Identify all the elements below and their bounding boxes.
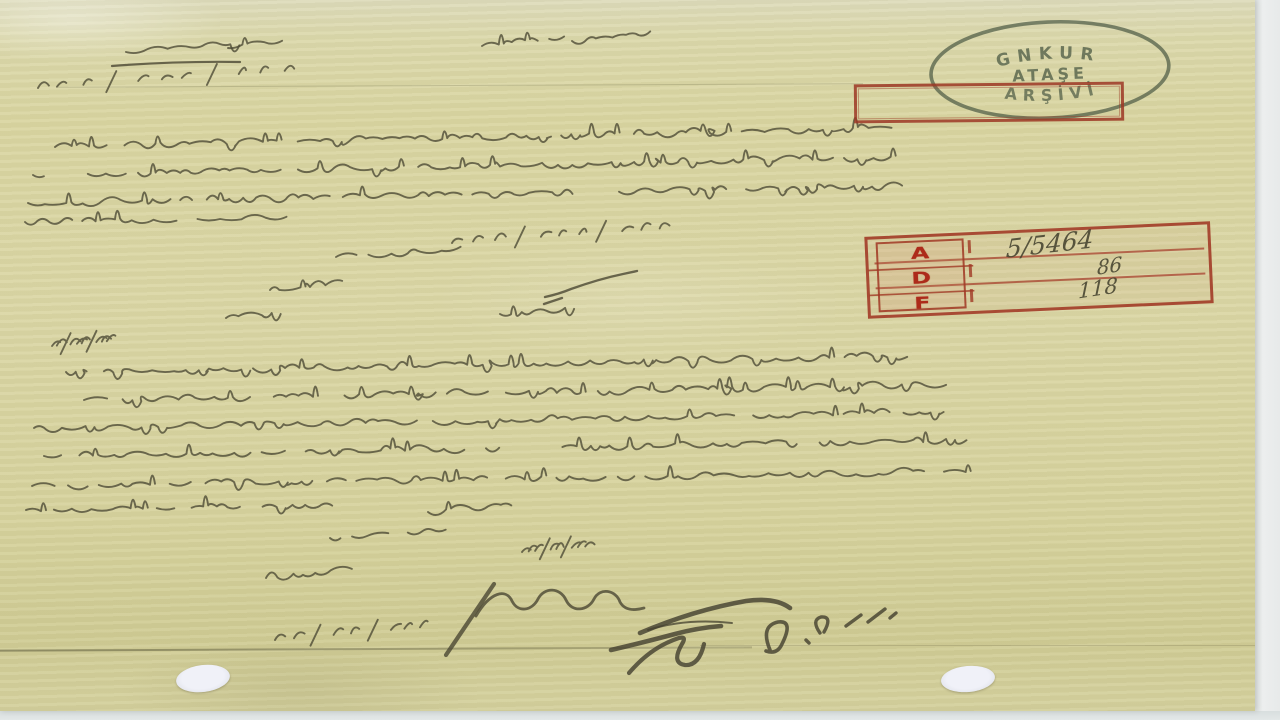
- registry-tick: [968, 240, 972, 253]
- handwriting-line-para2-line1: [66, 348, 907, 379]
- handwriting-line-mid-word: [336, 247, 461, 257]
- registry-tick: [969, 264, 973, 277]
- handwriting-line-closing-word: [330, 529, 446, 541]
- scanned-document-page: GNKUR ATAŞE ARŞİVİ A D F 5/5464 86 118: [0, 0, 1280, 720]
- handwriting-line-top-word-underlined: [126, 42, 239, 53]
- handwriting-line-closing-date: [522, 536, 595, 559]
- handwriting-line-top-date: [38, 64, 294, 92]
- handwriting-line-mid-signature: [270, 280, 342, 290]
- handwriting-line-left-margin-num: [52, 331, 115, 354]
- registry-tick: [970, 289, 974, 302]
- handwriting-line-para2-line3: [34, 403, 944, 434]
- handwriting-line-para2-line4: [44, 432, 967, 457]
- handwriting-line-para2-sig: [428, 502, 533, 515]
- document-paper: GNKUR ATAŞE ARŞİVİ A D F 5/5464 86 118: [0, 0, 1255, 711]
- handwriting-line-top-word-a: [228, 38, 282, 48]
- registry-value-a: 5/5464: [1005, 224, 1094, 264]
- handwriting-line-para1-line3: [28, 182, 902, 206]
- handwriting-line-para2-line2: [84, 377, 946, 407]
- handwriting-line-para1-line1: [55, 118, 892, 150]
- handwriting-line-header-word-a: [482, 33, 564, 46]
- handwriting-big-slash: [446, 584, 494, 655]
- handwriting-underline-stroke: [112, 62, 240, 66]
- registry-label-column: A D F: [876, 238, 967, 312]
- handwriting-script-num-1: [766, 622, 787, 652]
- handwriting-line-para2-line6: [26, 496, 332, 513]
- registry-label-a: A: [867, 242, 973, 266]
- registry-stamp-table: A D F 5/5464 86 118: [864, 221, 1213, 319]
- scanner-background-right: [1255, 0, 1280, 720]
- handwriting-line-para2-line5: [32, 465, 971, 490]
- red-stamp-inner-line: [858, 86, 1120, 120]
- registry-label-f: F: [869, 290, 975, 316]
- handwriting-line-mid-date: [452, 221, 670, 248]
- handwriting-script-num-2: [806, 609, 896, 643]
- registry-value-f: 118: [1078, 273, 1118, 303]
- handwriting-line-para1-line4: [25, 211, 300, 225]
- red-stamp-empty-box: [854, 82, 1124, 124]
- registry-label-d: D: [868, 265, 974, 291]
- handwriting-signature-loops: [476, 590, 644, 616]
- handwriting-line-bottom-num: [275, 620, 428, 646]
- handwriting-line-small-word-left: [226, 313, 281, 321]
- handwriting-check-stroke: [544, 271, 637, 304]
- scanner-background-bottom: [0, 711, 1280, 720]
- handwriting-line-small-word-right: [500, 306, 574, 316]
- handwriting-line-header-word-b: [572, 31, 650, 43]
- handwriting-line-para1-line2: [33, 148, 896, 177]
- handwriting-line-closing-signature: [266, 567, 372, 580]
